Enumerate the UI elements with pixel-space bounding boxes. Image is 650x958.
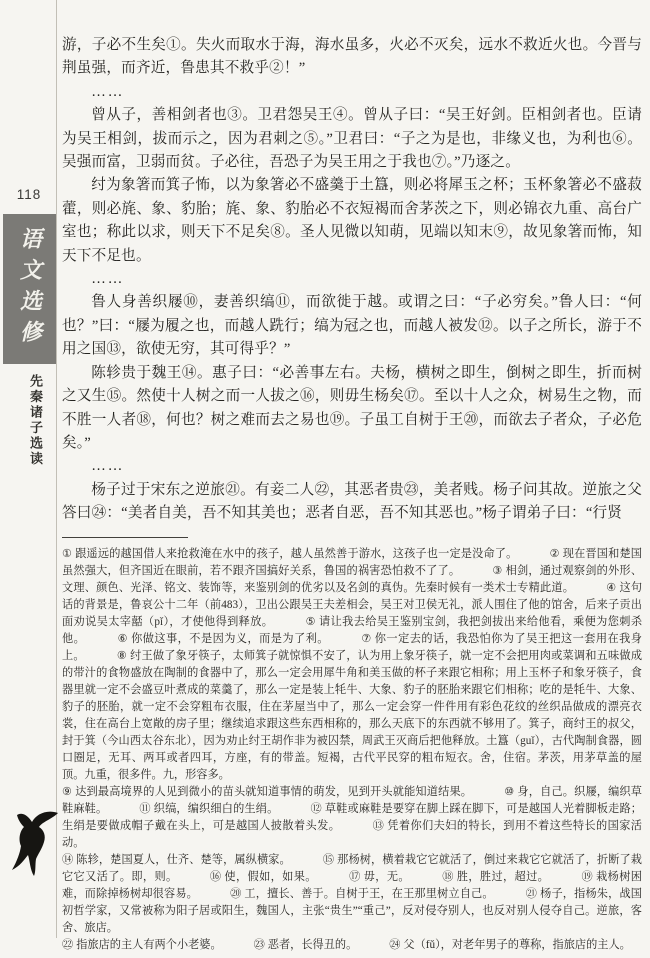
paragraph: 杨子过于宋东之逆旅㉑。有妾二人㉒，其恶者贵㉓，美者贱。杨子问其故。逆旅之父答曰㉔…: [62, 479, 642, 526]
footnote-text: 指旅店的主人有两个小老婆。: [76, 939, 221, 951]
footnote-block: ㉒指旅店的主人有两个小老婆。 ㉓恶者，长得丑的。 ㉔父（fǔ），对老年男子的尊称…: [62, 937, 642, 954]
ellipsis-line: ……: [62, 455, 642, 478]
ellipsis-line: ……: [62, 81, 642, 104]
footnote-text: 你做这事，不是因为义，而是为了利。: [131, 633, 329, 645]
footnote-marker: ⑩: [504, 786, 514, 798]
paragraph: 陈轸贵于魏王⑭。惠子曰：“必善事左右。夫杨，横树之即生，倒树之即生，折而树之又生…: [62, 362, 642, 456]
footnote-marker: ⑤: [306, 616, 316, 628]
footnote-marker: ⑨: [62, 786, 72, 798]
footnote-block: ⑭陈轸，楚国夏人，仕齐、楚等，属纵横家。 ⑮那杨树，横着栽它它就活了，倒过来栽它…: [62, 852, 642, 937]
footnote-item: ⑭陈轸，楚国夏人，仕齐、楚等，属纵横家。: [62, 854, 291, 866]
main-text-column: 游，子必不生矣①。失火而取水于海，海水虽多，火必不灭矣，远水不救近火也。今晋与荆…: [62, 34, 642, 954]
footnote-marker: ⑪: [139, 803, 150, 815]
footnote-text: 父（fǔ），对老年男子的尊称，指旅店的主人。: [403, 939, 630, 951]
footnote-item: ①跟遥远的越国借人来抢救淹在水中的孩子，越人虽然善于游水，这孩子也一定是没命了。: [62, 548, 518, 560]
book-subtitle-vertical: 先秦诸子选读: [29, 374, 42, 467]
footnote-item: ⑯使，假如，如果。: [210, 871, 317, 883]
footnote-text: 使，假如，如果。: [224, 871, 316, 883]
footnote-marker: ⑫: [310, 803, 321, 815]
footnote-marker: ③: [492, 565, 502, 577]
footnote-marker: ⑭: [62, 854, 73, 866]
textbook-page: 118 语文选修 先秦诸子选读 游，子必不生矣①。失火而取水于海，海水虽多，火必…: [0, 0, 650, 958]
footnote-item: ㉓恶者，长得丑的。: [254, 939, 358, 951]
footnote-text: 织缟，编织细白的生绢。: [154, 803, 279, 815]
footnote-marker: ㉒: [62, 939, 73, 951]
footnote-item: ⑨达到最高境界的人见到微小的苗头就知道事情的萌发，见到开头就能知道结果。: [62, 786, 472, 798]
footnote-marker: ⑱: [442, 871, 454, 883]
footnote-marker: ⑰: [349, 871, 361, 883]
footnote-marker: ㉔: [389, 939, 400, 951]
footnote-text: 达到最高境界的人见到微小的苗头就知道事情的萌发，见到开头就能知道结果。: [75, 786, 472, 798]
footnote-text: 胜，胜过，超过。: [457, 871, 549, 883]
footnote-item: ⑰毋，无。: [349, 871, 410, 883]
footnote-separator: [62, 537, 188, 538]
footnote-marker: ⑮: [323, 854, 334, 866]
footnote-text: 恶者，长得丑的。: [268, 939, 358, 951]
footnote-marker: ②: [550, 548, 560, 560]
paragraph: 曾从子，善相剑者也③。卫君怨吴王④。曾从子曰：“吴王好剑。臣相剑者也。臣请为吴王…: [62, 104, 642, 174]
series-title-block: 语文选修: [3, 214, 56, 364]
footnote-item: ㉔父（fǔ），对老年男子的尊称，指旅店的主人。: [389, 939, 631, 951]
paragraph: 鲁人身善织屦⑩，妻善织缟⑪，而欲徙于越。或谓之曰：“子必穷矣。”鲁人曰：“何也？…: [62, 291, 642, 361]
footnote-marker: ⑥: [118, 633, 128, 645]
ink-brush-mark-icon: [8, 808, 64, 880]
paragraph: 纣为象箸而箕子怖，以为象箸必不盛羹于土簋，则必将犀玉之杯；玉杯象箸必不盛菽藿，则…: [62, 174, 642, 268]
footnote-marker: ⑯: [210, 871, 222, 883]
sidebar-divider-line: [56, 0, 57, 938]
footnote-item: ⑪织缟，编织细白的生绢。: [139, 803, 278, 815]
footnote-item: ⑳工，擅长、善于。自树于王，在王那里树立自己。: [230, 888, 494, 900]
footnote-marker: ⑳: [230, 888, 241, 900]
footnote-marker: ⑧: [117, 650, 127, 662]
footnote-item: ⑧纣王做了象牙筷子，太师箕子就惊惧不安了，认为用上象牙筷子，就一定不会把用肉或菜…: [62, 650, 642, 781]
footnote-text: 陈轸，楚国夏人，仕齐、楚等，属纵横家。: [76, 854, 291, 866]
footnote-text: 工，擅长、善于。自树于王，在王那里树立自己。: [244, 888, 493, 900]
footnote-text: 纣王做了象牙筷子，太师箕子就惊惧不安了，认为用上象牙筷子，就一定不会把用肉或菜调…: [62, 650, 642, 781]
footnotes-section: ①跟遥远的越国借人来抢救淹在水中的孩子，越人虽然善于游水，这孩子也一定是没命了。…: [62, 546, 642, 954]
footnote-item: ⑱胜，胜过，超过。: [442, 871, 549, 883]
paragraph: 游，子必不生矣①。失火而取水于海，海水虽多，火必不灭矣，远水不救近火也。今晋与荆…: [62, 34, 642, 81]
footnote-block: ①跟遥远的越国借人来抢救淹在水中的孩子，越人虽然善于游水，这孩子也一定是没命了。…: [62, 546, 642, 784]
footnote-marker: ㉓: [254, 939, 265, 951]
footnote-marker: ①: [62, 548, 72, 560]
ellipsis-line: ……: [62, 268, 642, 291]
series-title-vertical: 语文选修: [19, 227, 41, 351]
footnote-marker: ⑲: [582, 871, 594, 883]
page-number: 118: [8, 187, 50, 202]
footnote-marker: ㉑: [526, 888, 537, 900]
footnote-marker: ⑬: [373, 820, 385, 832]
footnote-marker: ⑦: [361, 633, 371, 645]
footnote-item: ⑥你做这事，不是因为义，而是为了利。: [118, 633, 329, 645]
footnote-item: ㉒指旅店的主人有两个小老婆。: [62, 939, 222, 951]
footnote-text: 跟遥远的越国借人来抢救淹在水中的孩子，越人虽然善于游水，这孩子也一定是没命了。: [75, 548, 517, 560]
footnote-block: ⑨达到最高境界的人见到微小的苗头就知道事情的萌发，见到开头就能知道结果。 ⑩身，…: [62, 784, 642, 852]
footnote-text: 毋，无。: [364, 871, 410, 883]
footnote-marker: ④: [606, 582, 616, 594]
